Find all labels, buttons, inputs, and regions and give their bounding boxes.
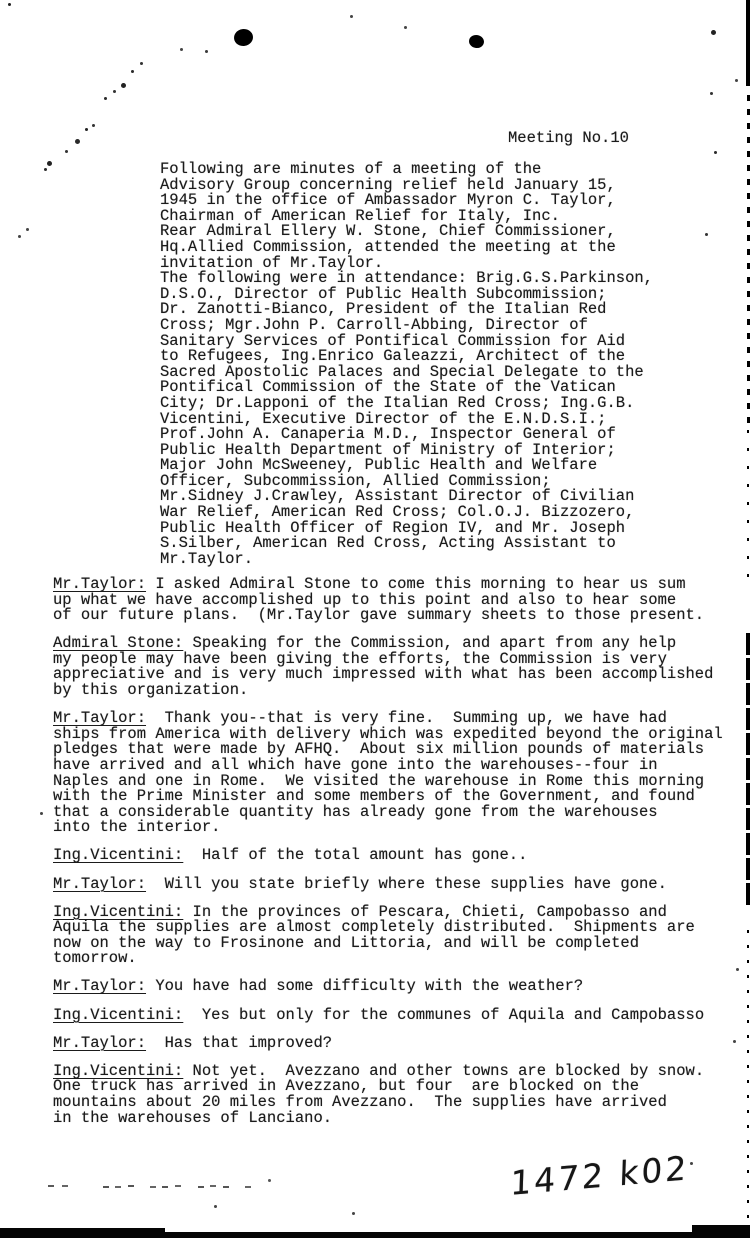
punch-hole-mark bbox=[468, 34, 485, 49]
speaker-label: Ing.Vicentini: bbox=[53, 846, 183, 864]
dialogue-text: Will you state briefly where these suppl… bbox=[146, 875, 667, 893]
text-line: Ing.Vicentini: Yes but only for the comm… bbox=[53, 1008, 750, 1024]
scan-edge-line bbox=[747, 430, 749, 585]
dialogue-section: Mr.Taylor: I asked Admiral Stone to come… bbox=[53, 577, 750, 1139]
text-line: into the interior. bbox=[53, 820, 750, 836]
dialogue-text: Has that improved? bbox=[146, 1034, 332, 1052]
speaker-label: Ing.Vicentini: bbox=[53, 1006, 183, 1024]
text-line: Mr.Taylor: You have had some difficulty … bbox=[53, 979, 750, 995]
dialogue-paragraph: Mr.Taylor: Will you state briefly where … bbox=[53, 877, 750, 893]
dialogue-paragraph: Ing.Vicentini: Half of the total amount … bbox=[53, 848, 750, 864]
scanned-document-page: Meeting No.10 Following are minutes of a… bbox=[0, 0, 750, 1238]
speaker-label: Mr.Taylor: bbox=[53, 977, 146, 995]
text-line: tomorrow. bbox=[53, 951, 750, 967]
dialogue-paragraph: Mr.Taylor: You have had some difficulty … bbox=[53, 979, 750, 995]
meeting-number: Meeting No.10 bbox=[508, 131, 629, 147]
text-line: Ing.Vicentini: Half of the total amount … bbox=[53, 848, 750, 864]
scan-dash-marks bbox=[48, 1185, 54, 1187]
speckle-marks bbox=[8, 3, 11, 6]
dialogue-paragraph: Mr.Taylor: Has that improved? bbox=[53, 1036, 750, 1052]
speaker-label: Mr.Taylor: bbox=[53, 1034, 146, 1052]
punch-hole-mark bbox=[233, 28, 254, 47]
speaker-label: Mr.Taylor: bbox=[53, 875, 146, 893]
dialogue-paragraph: Ing.Vicentini: Not yet. Avezzano and oth… bbox=[53, 1064, 750, 1126]
text-line: in the warehouses of Lanciano. bbox=[53, 1111, 750, 1127]
text-line: by this organization. bbox=[53, 683, 750, 699]
handwritten-note: 1472 k02 bbox=[510, 1160, 689, 1191]
text-line: Mr.Taylor. bbox=[160, 552, 653, 568]
text-line: of our future plans. (Mr.Taylor gave sum… bbox=[53, 608, 750, 624]
dialogue-paragraph: Mr.Taylor: I asked Admiral Stone to come… bbox=[53, 577, 750, 624]
intro-paragraph: Following are minutes of a meeting of th… bbox=[160, 162, 653, 567]
dialogue-text: Yes but only for the communes of Aquila … bbox=[183, 1006, 704, 1024]
text-line: Mr.Taylor: Has that improved? bbox=[53, 1036, 750, 1052]
scan-bottom-bar bbox=[692, 1225, 750, 1238]
dialogue-paragraph: Ing.Vicentini: Yes but only for the comm… bbox=[53, 1008, 750, 1024]
text-line: now on the way to Frosinone and Littoria… bbox=[53, 936, 750, 952]
dialogue-text: Half of the total amount has gone.. bbox=[183, 846, 527, 864]
dialogue-paragraph: Mr.Taylor: Thank you--that is very fine.… bbox=[53, 711, 750, 836]
text-line: Mr.Taylor: Will you state briefly where … bbox=[53, 877, 750, 893]
scan-bottom-bar bbox=[0, 1228, 165, 1238]
dialogue-paragraph: Ing.Vicentini: In the provinces of Pesca… bbox=[53, 905, 750, 967]
dialogue-paragraph: Admiral Stone: Speaking for the Commissi… bbox=[53, 636, 750, 698]
dialogue-text: You have had some difficulty with the we… bbox=[146, 977, 583, 995]
scan-edge-line bbox=[746, 0, 750, 86]
